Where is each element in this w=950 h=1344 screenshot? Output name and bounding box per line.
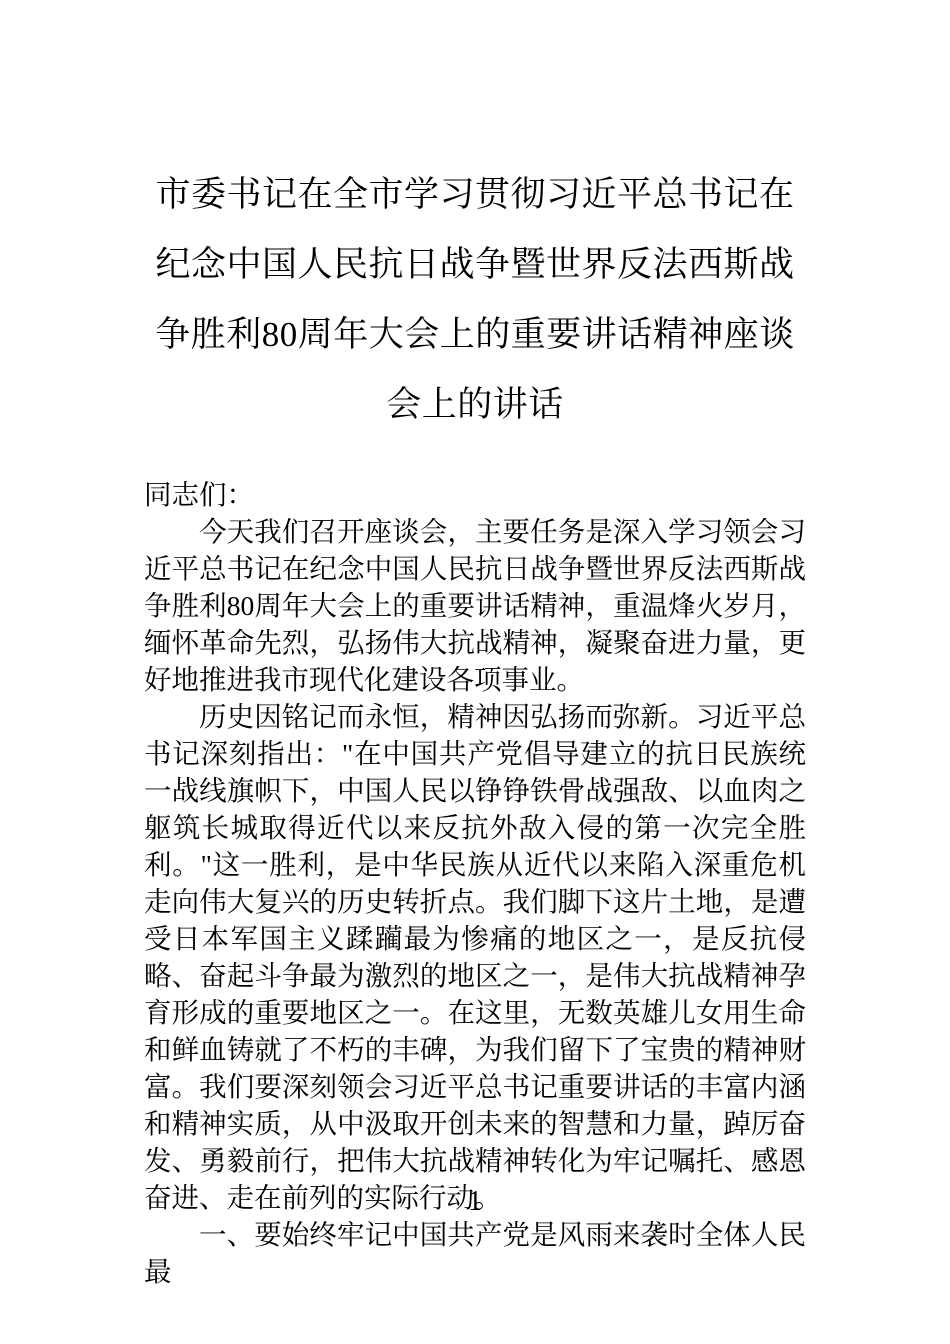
paragraph-history: 历史因铭记而永恒，精神因弘扬而弥新。习近平总书记深刻指出："在中国共产党倡导建立… <box>144 698 806 1216</box>
title-line-4: 会上的讲话 <box>0 370 950 440</box>
title-line-3: 争胜利80周年大会上的重要讲话精神座谈 <box>0 300 950 370</box>
page-number: 1 <box>0 1186 950 1218</box>
document-body: 同志们： 今天我们召开座谈会，主要任务是深入学习领会习近平总书记在纪念中国人民抗… <box>144 476 806 1290</box>
paragraph-opening: 今天我们召开座谈会，主要任务是深入学习领会习近平总书记在纪念中国人民抗日战争暨世… <box>144 513 806 698</box>
salutation: 同志们： <box>144 476 806 513</box>
title-line-2: 纪念中国人民抗日战争暨世界反法西斯战 <box>0 230 950 300</box>
section-heading-one: 一、要始终牢记中国共产党是风雨来袭时全体人民最 <box>144 1216 806 1290</box>
title-line-1: 市委书记在全市学习贯彻习近平总书记在 <box>0 160 950 230</box>
document-title: 市委书记在全市学习贯彻习近平总书记在 纪念中国人民抗日战争暨世界反法西斯战 争胜… <box>0 0 950 440</box>
document-page: 市委书记在全市学习贯彻习近平总书记在 纪念中国人民抗日战争暨世界反法西斯战 争胜… <box>0 0 950 1344</box>
